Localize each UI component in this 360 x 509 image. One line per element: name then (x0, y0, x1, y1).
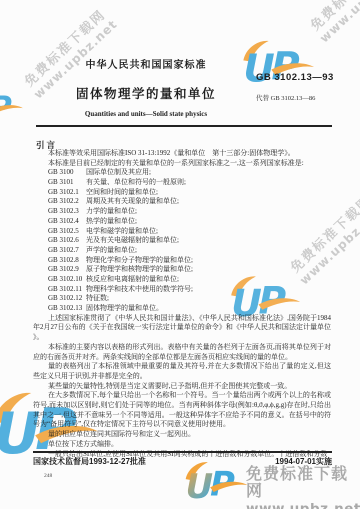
footer-divider (33, 451, 332, 453)
standard-item-code: GB 3102.1 (48, 188, 86, 198)
standard-item-desc: 光及有关电磁辐射的量和单位; (86, 236, 179, 244)
standard-code: GB 3102.13—93 (256, 72, 356, 83)
standard-item-code: GB 3102.9 (48, 265, 86, 275)
paragraph: 本标准的主要内容以表格的形式列出。表格中有关量的各栏列于左面各页,而将其单位列于… (33, 343, 331, 362)
replaces-note: 代替 GB 3102.13—86 (256, 93, 356, 102)
standard-item-code: GB 3102.2 (48, 197, 86, 207)
standard-list-item: GB 3102.13固体物理学的量和单位。 (33, 304, 331, 314)
standard-list-item: GB 3102.6光及有关电磁辐射的量和单位; (33, 236, 331, 246)
standard-list-item: GB 3102.8物理化学和分子物理学的量和单位; (33, 256, 331, 266)
header: 中华人民共和国国家标准 固体物理学的量和单位 Quantities and un… (33, 56, 259, 118)
approval-text: 国家技术监督局1993-12-27批准 (33, 456, 146, 467)
standard-item-code: GB 3102.6 (48, 236, 86, 246)
standard-item-desc: 原子物理学和核物理学的量和单位; (86, 265, 193, 273)
standard-list-item: GB 3102.11物理科学和技术中使用的数学符号; (33, 285, 331, 295)
standard-list-item: GB 3102.12特征数; (33, 294, 331, 304)
paragraph: 上述国家标准贯彻了《中华人民共和国计量法》、《中华人民共和国标准化法》,国务院于… (33, 314, 331, 343)
page-number: 248 (44, 473, 52, 479)
standard-list-item: GB 3102.2周期及其有关现象的量和单位; (33, 197, 331, 207)
standard-list-item: GB 3102.9原子物理学和核物理学的量和单位; (33, 265, 331, 275)
document-title-en: Quantities and units—Solid state physics (33, 110, 259, 118)
standard-item-desc: 物理科学和技术中使用的数学符号; (86, 285, 193, 293)
standard-item-desc: 国际单位制及其应用; (86, 168, 151, 176)
standard-item-code: GB 3102.7 (48, 246, 86, 256)
standard-item-desc: 物理化学和分子物理学的量和单位; (86, 256, 193, 264)
paragraph: 量的相应单位连同其国际符号和定义一起列出。 (33, 430, 331, 440)
paragraph: 在大多数情况下,每个量只给出一个名称和一个符号。当一个量给出两个或两个以上的名称… (33, 391, 331, 430)
standard-item-desc: 电学和磁学的量和单位; (86, 227, 158, 235)
standard-list-item: GB 3102.7声学的量和单位; (33, 246, 331, 256)
standard-item-code: GB 3101 (48, 178, 86, 188)
standard-item-code: GB 3102.5 (48, 227, 86, 237)
standard-list-item: GB 3100国际单位制及其应用; (33, 168, 331, 178)
footer: 国家技术监督局1993-12-27批准 1994-07-01实施 (33, 456, 332, 467)
standard-list-item: GB 3102.10核反应和电离辐射的量和单位; (33, 275, 331, 285)
intro-body: 本标准等效采用国际标准ISO 31-13:1992《量和单位 第十三部分:固体物… (33, 149, 331, 459)
standard-list-item: GB 3102.5电学和磁学的量和单位; (33, 227, 331, 237)
paragraph: 本标准是目前已经制定的有关量和单位的一系列国家标准之一,这一系列国家标准是: (33, 159, 331, 169)
standard-list-item: GB 3102.1空间和时间的量和单位; (33, 188, 331, 198)
standard-list-item: GB 3102.3力学的量和单位; (33, 207, 331, 217)
standard-code-block: GB 3102.13—93 代替 GB 3102.13—86 (256, 72, 356, 102)
header-divider (36, 125, 332, 127)
paragraph: 单位按下述方式编排。 (33, 440, 331, 450)
document-title-cn: 固体物理学的量和单位 (33, 84, 259, 102)
implementation-text: 1994-07-01实施 (275, 456, 332, 467)
standard-item-desc: 周期及其有关现象的量和单位; (86, 197, 179, 205)
standard-item-desc: 声学的量和单位; (86, 246, 137, 254)
standard-list-item: GB 3101有关量、单位和符号的一般原则; (33, 178, 331, 188)
standard-item-code: GB 3102.4 (48, 217, 86, 227)
paragraph: 本标准等效采用国际标准ISO 31-13:1992《量和单位 第十三部分:固体物… (33, 149, 331, 159)
standard-item-code: GB 3102.8 (48, 256, 86, 266)
document-content: 中华人民共和国国家标准 固体物理学的量和单位 Quantities and un… (0, 0, 360, 509)
standard-item-code: GB 3102.12 (48, 294, 86, 304)
paragraph: 某些量的矢量特性,特别是当定义需要时,已予指明,但并不企图使其完整或一致。 (33, 382, 331, 392)
standard-list-item: GB 3102.4热学的量和单位; (33, 217, 331, 227)
standard-item-desc: 力学的量和单位; (86, 207, 137, 215)
standard-item-code: GB 3102.11 (48, 285, 86, 295)
standard-item-desc: 空间和时间的量和单位; (86, 188, 158, 196)
standard-item-code: GB 3102.10 (48, 275, 86, 285)
standard-item-desc: 特征数; (86, 294, 109, 302)
national-standard-label: 中华人民共和国国家标准 (33, 56, 259, 71)
standard-item-code: GB 3102.3 (48, 207, 86, 217)
standard-item-code: GB 3102.13 (48, 304, 86, 314)
standard-item-desc: 有关量、单位和符号的一般原则; (86, 178, 186, 186)
document-page: U P U P U P U P U P 免费 (0, 0, 360, 509)
standard-item-desc: 固体物理学的量和单位。 (86, 304, 163, 312)
standard-item-desc: 核反应和电离辐射的量和单位; (86, 275, 179, 283)
paragraph: 量的表格列出了本标准领域中最重要的量及其符号,并在大多数情况下给出了量的定义,但… (33, 362, 331, 381)
standard-item-code: GB 3100 (48, 168, 86, 178)
standard-item-desc: 热学的量和单位; (86, 217, 137, 225)
